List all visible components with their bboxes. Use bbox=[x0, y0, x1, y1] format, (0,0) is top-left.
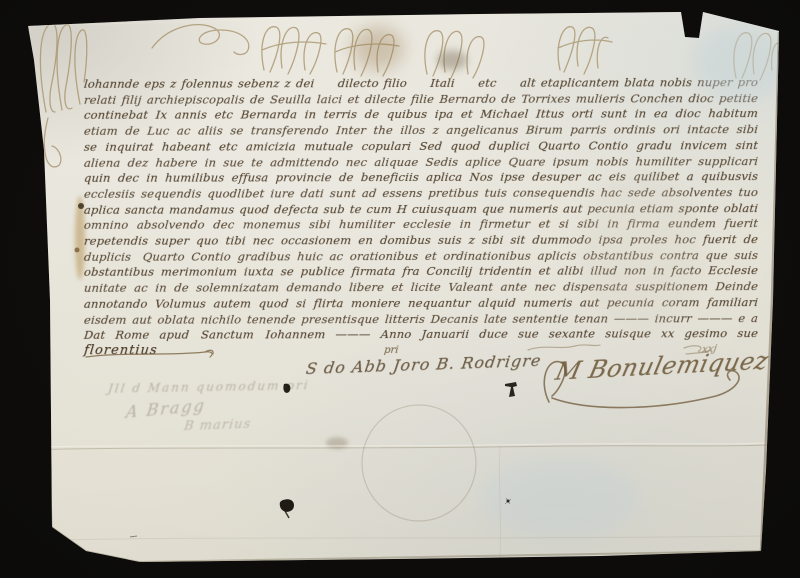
manuscript-line: eisdem aut oblata nichilo tenende presen… bbox=[83, 311, 758, 328]
manuscript-line: continebat Ix annis etc Bernarda in terr… bbox=[83, 107, 758, 124]
manuscript-line: obstantibus merimonium iuxta se publice … bbox=[83, 264, 758, 281]
manuscript-line: repetendis super quo tibi nec occasionem… bbox=[83, 232, 758, 249]
manuscript-line: duplicis Quarto Contio gradibus huic ac … bbox=[83, 248, 758, 265]
chancery-signature: S do Abb Joro B. Rodrigre bbox=[305, 351, 543, 378]
manuscript-line: quin dec in humilibus effusa provincie d… bbox=[83, 169, 758, 186]
manuscript-line: aplica sancta mandamus quod defecta sub … bbox=[83, 201, 758, 218]
manuscript-line: annotando Volumus autem quod si flirta m… bbox=[83, 295, 758, 312]
manuscript-line: unitate ac in de solemnizatam demando li… bbox=[83, 279, 758, 296]
faint-signature: Jll d Mann quomodum pri bbox=[107, 378, 310, 396]
manuscript-line: relati filij archiepiscopalis de Seuilla… bbox=[83, 91, 758, 108]
manuscript-line: omnino absolvendo dec monemus sibi humil… bbox=[83, 216, 758, 233]
manuscript-line: etiam de Luc ac aliis se transferendo In… bbox=[83, 122, 758, 139]
faint-signature: B marius bbox=[183, 417, 252, 434]
marginal-mark: pri bbox=[383, 345, 399, 356]
manuscript-place-word: florentius bbox=[83, 343, 158, 358]
parchment-document: lohannde eps z folennus sebenz z dei dil… bbox=[0, 0, 800, 578]
seal-impression-trace bbox=[362, 405, 476, 521]
manuscript-line: aliena dez habere in sue te admittendo n… bbox=[83, 154, 758, 171]
notary-signature: M Bonulemiquez bbox=[553, 346, 771, 385]
manuscript-line: ecclesiis sequendis quodlibet iure dati … bbox=[83, 185, 758, 202]
manuscript-line: se inquirat habeant etc amicizia mutuale… bbox=[83, 138, 758, 155]
manuscript-line: lohannde eps z folennus sebenz z dei dil… bbox=[83, 75, 758, 92]
faint-signature: A Bragg bbox=[125, 395, 207, 421]
manuscript-dateline: Dat Rome apud Sanctum Iohannem ——— Anno … bbox=[83, 326, 758, 343]
fold-crease bbox=[30, 443, 766, 558]
photograph-background: lohannde eps z folennus sebenz z dei dil… bbox=[0, 0, 800, 578]
